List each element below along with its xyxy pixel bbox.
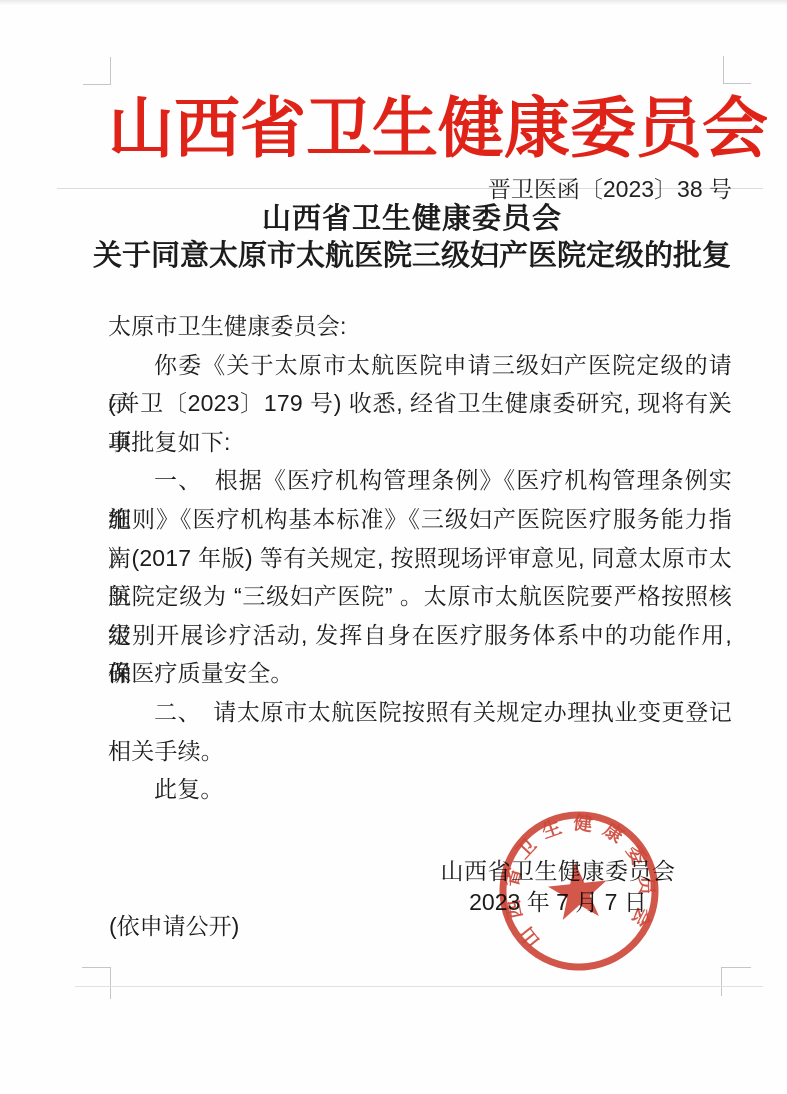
signature-organization: 山西省卫生健康委员会 [418,856,698,887]
body-line: 保医疗质量安全。 [108,654,732,693]
document-number: 晋卫医函〔2023〕38 号 [488,176,732,202]
document-title: 山西省卫生健康委员会 关于同意太原市太航医院三级妇产医院定级的批复 [82,200,742,275]
signature-block: 山西省卫生健康委员会 2023 年 7 月 7 日 [418,856,698,918]
document-page: 山西省卫生健康委员会 晋卫医函〔2023〕38 号 山西省卫生健康委员会 关于同… [0,0,787,1094]
body-line: 》(2017 年版) 等有关规定, 按照现场评审意见, 同意太原市太航 [108,539,732,578]
body-line: 级别开展诊疗活动, 发挥自身在医疗服务体系中的功能作用, 确 [108,616,732,655]
body-line: 项批复如下: [108,423,732,462]
disclosure-note: (依申请公开) [109,912,239,940]
document-title-line2: 关于同意太原市太航医院三级妇产医院定级的批复 [82,238,742,275]
bottom-divider [75,986,763,987]
document-title-line1: 山西省卫生健康委员会 [82,200,742,238]
body-line: (并卫〔2023〕179 号) 收悉, 经省卫生健康委研究, 现将有关事 [108,384,732,423]
body-line: 医院定级为 “三级妇产医院” 。太原市太航医院要严格按照核定 [108,577,732,616]
scan-edge [0,0,787,5]
body-line: 相关手续。 [108,732,732,771]
letter-body: 太原市卫生健康委员会: 你委《关于太原市太航医院申请三级妇产医院定级的请示》 (… [108,307,732,809]
closing-phrase: 此复。 [108,770,732,809]
crop-mark-bottom-left [82,967,111,999]
salutation: 太原市卫生健康委员会: [108,307,732,346]
crop-mark-top-left [83,57,111,85]
signature-date: 2023 年 7 月 7 日 [418,887,698,918]
crop-mark-bottom-right [721,967,751,996]
body-line: 你委《关于太原市太航医院申请三级妇产医院定级的请示》 [108,346,732,385]
crop-mark-top-right [723,56,751,84]
body-line: 一、 根据《医疗机构管理条例》《医疗机构管理条例实施 [108,461,732,500]
body-line: 细则》《医疗机构基本标准》《三级妇产医院医疗服务能力指南 [108,500,732,539]
body-line: 二、 请太原市太航医院按照有关规定办理执业变更登记 [108,693,732,732]
letterhead-title: 山西省卫生健康委员会 [108,92,732,164]
